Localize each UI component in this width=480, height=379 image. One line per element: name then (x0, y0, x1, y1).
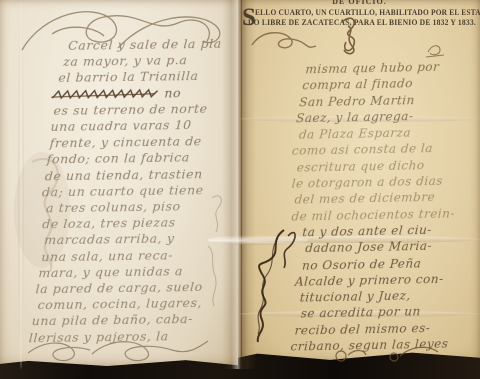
right-page-text: misma que hubo por compra al finado San … (276, 58, 480, 355)
header-line-2: DO LIBRE DE ZACATECAS, PARA EL BIENIO DE… (248, 18, 467, 28)
header-sello-block: S ELLO CUARTO, UN CUARTILLO, HABILITADO … (241, 8, 478, 30)
left-page-text: Carcel y sale de la pla za mayor, y va p… (27, 36, 239, 347)
handwritten-line: llerisas y pajeros, la (28, 327, 223, 346)
gutter-line (241, 0, 242, 366)
handwritten-line: cribano, segun las leyes (290, 335, 462, 355)
handwritten-line: no (164, 85, 182, 100)
header-line-1: ELLO CUARTO, UN CUARTILLO, HABILITADO PO… (255, 8, 462, 18)
header-de-oficio: DE OFICIO. (241, 0, 478, 7)
crossed-out-scribble-icon (51, 86, 160, 101)
printed-header: DE OFICIO. S ELLO CUARTO, UN CUARTILLO, … (241, 0, 478, 30)
document-scan: DE OFICIO. S ELLO CUARTO, UN CUARTILLO, … (0, 0, 480, 379)
handwritten-line: el barrio la Trianilla (58, 68, 238, 87)
